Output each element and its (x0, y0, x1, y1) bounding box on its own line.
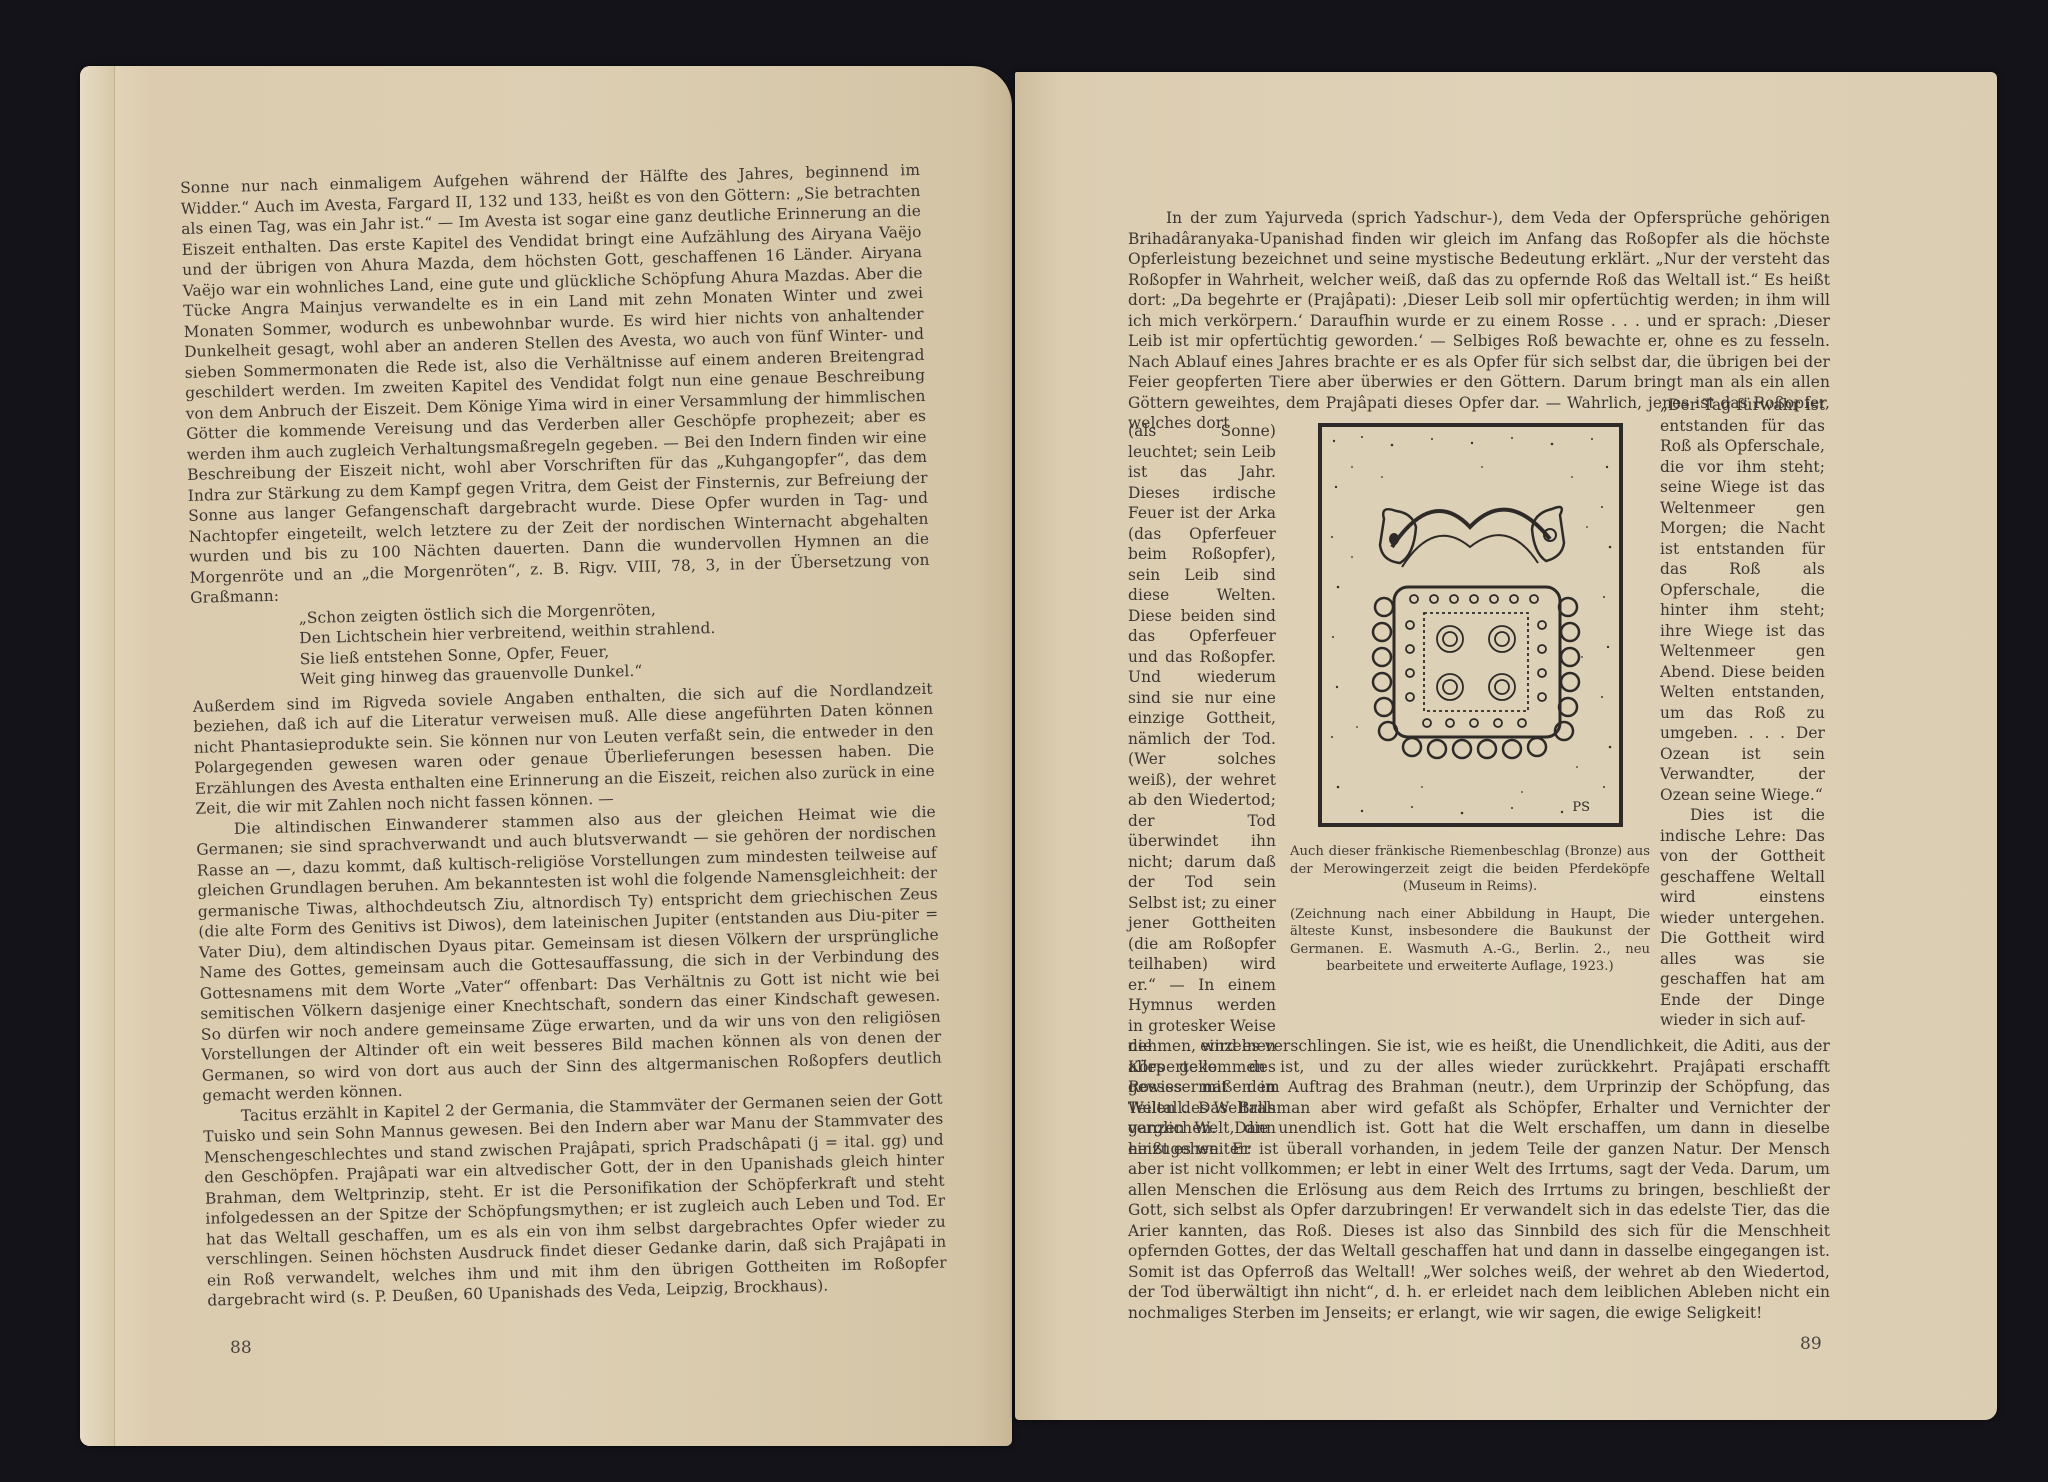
paragraph: Außerdem sind im Rigveda soviele Angaben… (193, 678, 936, 819)
page-fore-edge (80, 66, 115, 1446)
paragraph: nehmen, wird es verschlingen. Sie ist, w… (1128, 1036, 1830, 1323)
caption-source: (Zeichnung nach einer Abbildung in Haupt… (1290, 906, 1650, 976)
left-page-body: Sonne nur nach einmaligem Aufgehen währe… (180, 160, 947, 1311)
figure-belt-fitting-illustration: PS (1318, 423, 1623, 827)
page-number-right: 89 (1800, 1334, 1822, 1354)
paragraph: Sonne nur nach einmaligem Aufgehen währe… (180, 160, 930, 608)
paragraph: „Der Tag fürwahr ist entstanden für das … (1660, 395, 1825, 805)
horse-heads-belt-fitting-drawing: PS (1322, 427, 1619, 823)
paragraph: Die altindischen Einwanderer stammen als… (196, 801, 943, 1106)
right-page-right-column: „Der Tag fürwahr ist entstanden für das … (1660, 395, 1825, 1031)
page-number-left: 88 (230, 1338, 252, 1358)
right-page-bottom-paragraph: nehmen, wird es verschlingen. Sie ist, w… (1128, 1036, 1830, 1323)
paragraph: Tacitus erzählt in Kapitel 2 der Germani… (203, 1088, 948, 1311)
artist-signature: PS (1572, 800, 1590, 815)
poem-quote: „Schon zeigten östlich sich die Morgenrö… (299, 592, 933, 689)
paragraph: Dies ist die indische Lehre: Das von der… (1660, 805, 1825, 1031)
figure-caption: Auch dieser fränkische Riemenbeschlag (B… (1290, 843, 1650, 986)
caption-text: Auch dieser fränkische Riemenbeschlag (B… (1290, 843, 1650, 896)
